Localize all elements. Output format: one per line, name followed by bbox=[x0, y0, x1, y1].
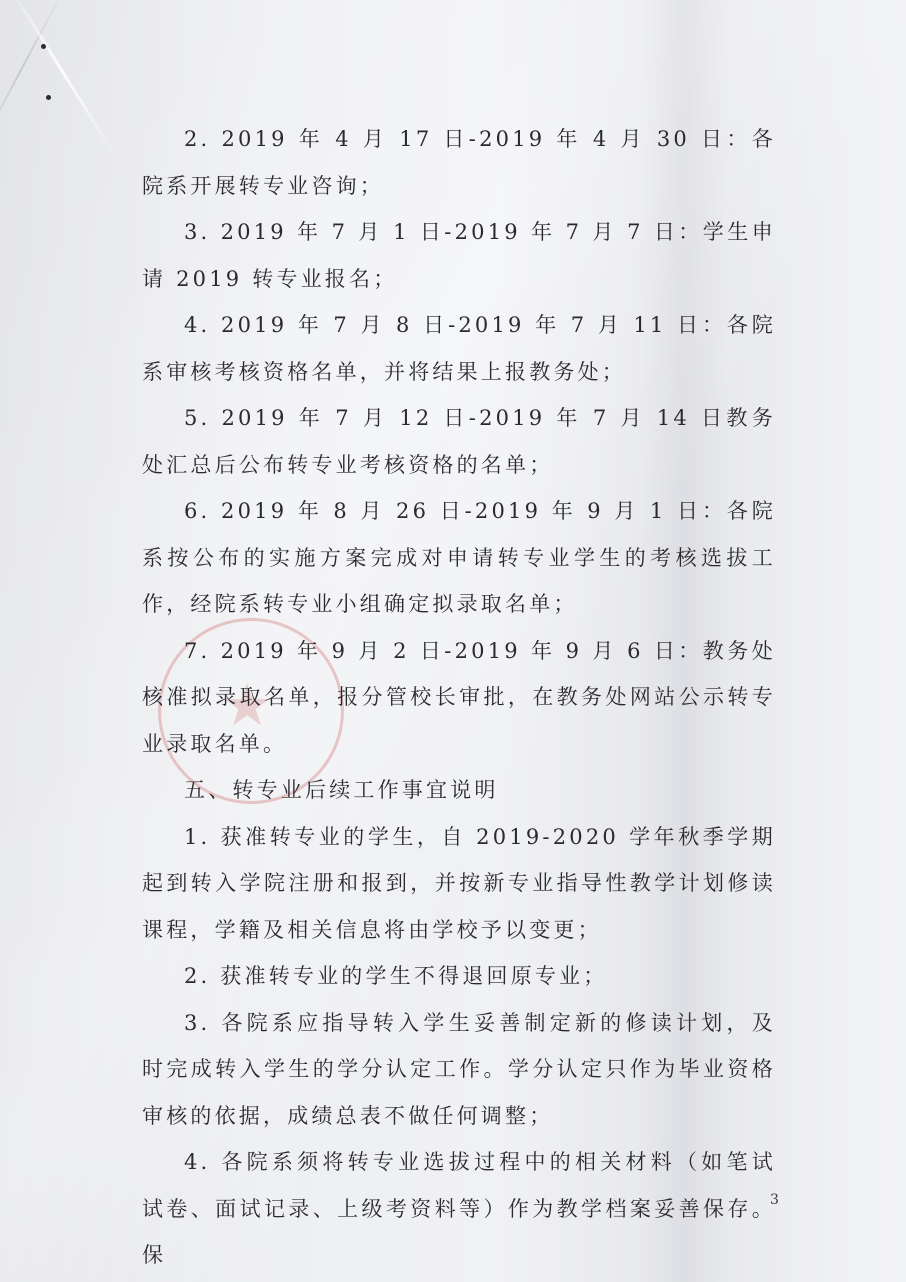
document-body: 2. 2019 年 4 月 17 日-2019 年 4 月 30 日：各院系开展… bbox=[142, 116, 776, 1279]
followup-item-4: 4. 各院系须将转专业选拔过程中的相关材料（如笔试试卷、面试记录、上级考资料等）… bbox=[142, 1139, 776, 1279]
followup-item-2: 2. 获准转专业的学生不得退回原专业； bbox=[142, 953, 776, 1000]
section-heading-five: 五、转专业后续工作事宜说明 bbox=[142, 767, 776, 814]
schedule-item-7: 7. 2019 年 9 月 2 日-2019 年 9 月 6 日：教务处核准拟录… bbox=[142, 628, 776, 768]
paper-crease bbox=[0, 0, 64, 150]
paper-crease-highlight bbox=[7, 0, 116, 156]
staple-hole bbox=[41, 44, 46, 49]
schedule-item-3: 3. 2019 年 7 月 1 日-2019 年 7 月 7 日：学生申请 20… bbox=[142, 209, 776, 302]
schedule-item-6: 6. 2019 年 8 月 26 日-2019 年 9 月 1 日：各院系按公布… bbox=[142, 488, 776, 628]
document-page: ★ 2. 2019 年 4 月 17 日-2019 年 4 月 30 日：各院系… bbox=[0, 0, 906, 1282]
schedule-item-5: 5. 2019 年 7 月 12 日-2019 年 7 月 14 日教务处汇总后… bbox=[142, 395, 776, 488]
page-number: 3 bbox=[770, 1192, 779, 1208]
schedule-item-2: 2. 2019 年 4 月 17 日-2019 年 4 月 30 日：各院系开展… bbox=[142, 116, 776, 209]
followup-item-3: 3. 各院系应指导转入学生妥善制定新的修读计划，及时完成转入学生的学分认定工作。… bbox=[142, 1000, 776, 1140]
followup-item-1: 1. 获准转专业的学生，自 2019-2020 学年秋季学期起到转入学院注册和报… bbox=[142, 814, 776, 954]
schedule-item-4: 4. 2019 年 7 月 8 日-2019 年 7 月 11 日：各院系审核考… bbox=[142, 302, 776, 395]
staple-hole bbox=[46, 95, 51, 100]
